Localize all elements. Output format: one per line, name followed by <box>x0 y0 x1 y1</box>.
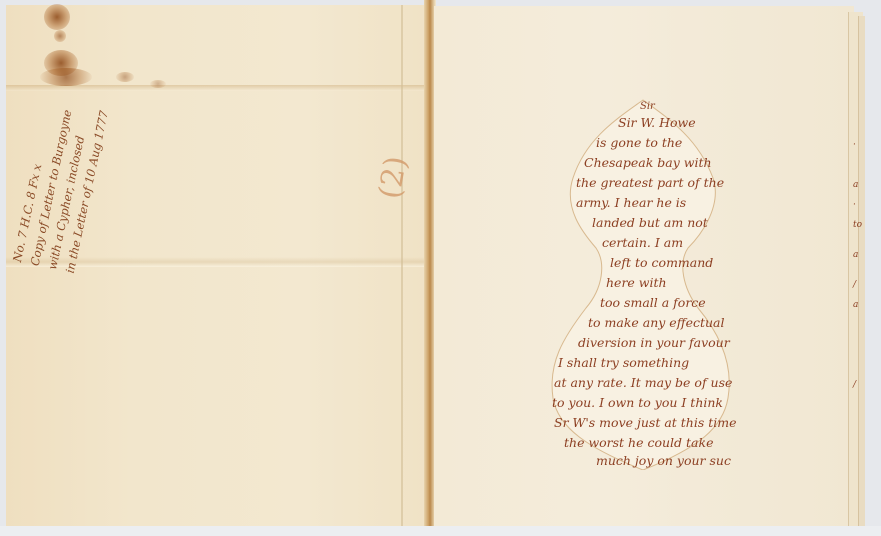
margin-mark: / <box>853 380 856 390</box>
margin-mark: a <box>853 180 858 190</box>
margin-marks: · a · to a / a / <box>853 140 863 510</box>
mask-line: too small a force <box>600 295 706 310</box>
mask-line: here with <box>606 275 667 290</box>
mask-line: Sr W's move just at this time <box>554 415 737 430</box>
background-edge <box>0 526 881 536</box>
ink-stain <box>54 30 66 42</box>
mask-line: Chesapeak bay with <box>584 155 712 170</box>
mask-line: left to command <box>610 255 713 270</box>
mask-line: diversion in your favour <box>578 335 730 350</box>
mask-line: at any rate. It may be of use <box>554 375 732 390</box>
mask-line: much joy on your suc <box>596 453 731 468</box>
ink-stain <box>44 4 70 30</box>
mask-line: Sir <box>640 101 655 112</box>
mask-line: army. I hear he is <box>576 195 686 210</box>
mask-line: certain. I am <box>602 235 683 250</box>
mask-line: I shall try something <box>558 355 689 370</box>
cipher-mask-cutout: Sir Sir W. Howe is gone to the Chesapeak… <box>548 98 738 470</box>
mask-line: landed but am not <box>592 215 708 230</box>
margin-mark: a <box>853 250 858 260</box>
mask-line: to make any effectual <box>588 315 725 330</box>
mask-line: Sir W. Howe <box>618 115 696 130</box>
margin-mark: a <box>853 300 858 310</box>
margin-mark: · <box>853 200 856 210</box>
mask-line: the worst he could take <box>564 435 713 450</box>
manuscript-photo: No. 7 H.C. 8 Fx x Copy of Letter to Burg… <box>0 0 881 536</box>
margin-mark: / <box>853 280 856 290</box>
mask-line: the greatest part of the <box>576 175 724 190</box>
ink-stain <box>150 80 166 88</box>
fold-crease-vertical <box>401 5 403 529</box>
mask-line: is gone to the <box>596 135 682 150</box>
margin-mark: · <box>853 140 856 150</box>
mask-line: to you. I own to you I think <box>552 395 723 410</box>
page-number: (2) <box>372 154 414 202</box>
margin-mark: to <box>853 220 862 230</box>
mask-text: Sir Sir W. Howe is gone to the Chesapeak… <box>548 98 738 470</box>
